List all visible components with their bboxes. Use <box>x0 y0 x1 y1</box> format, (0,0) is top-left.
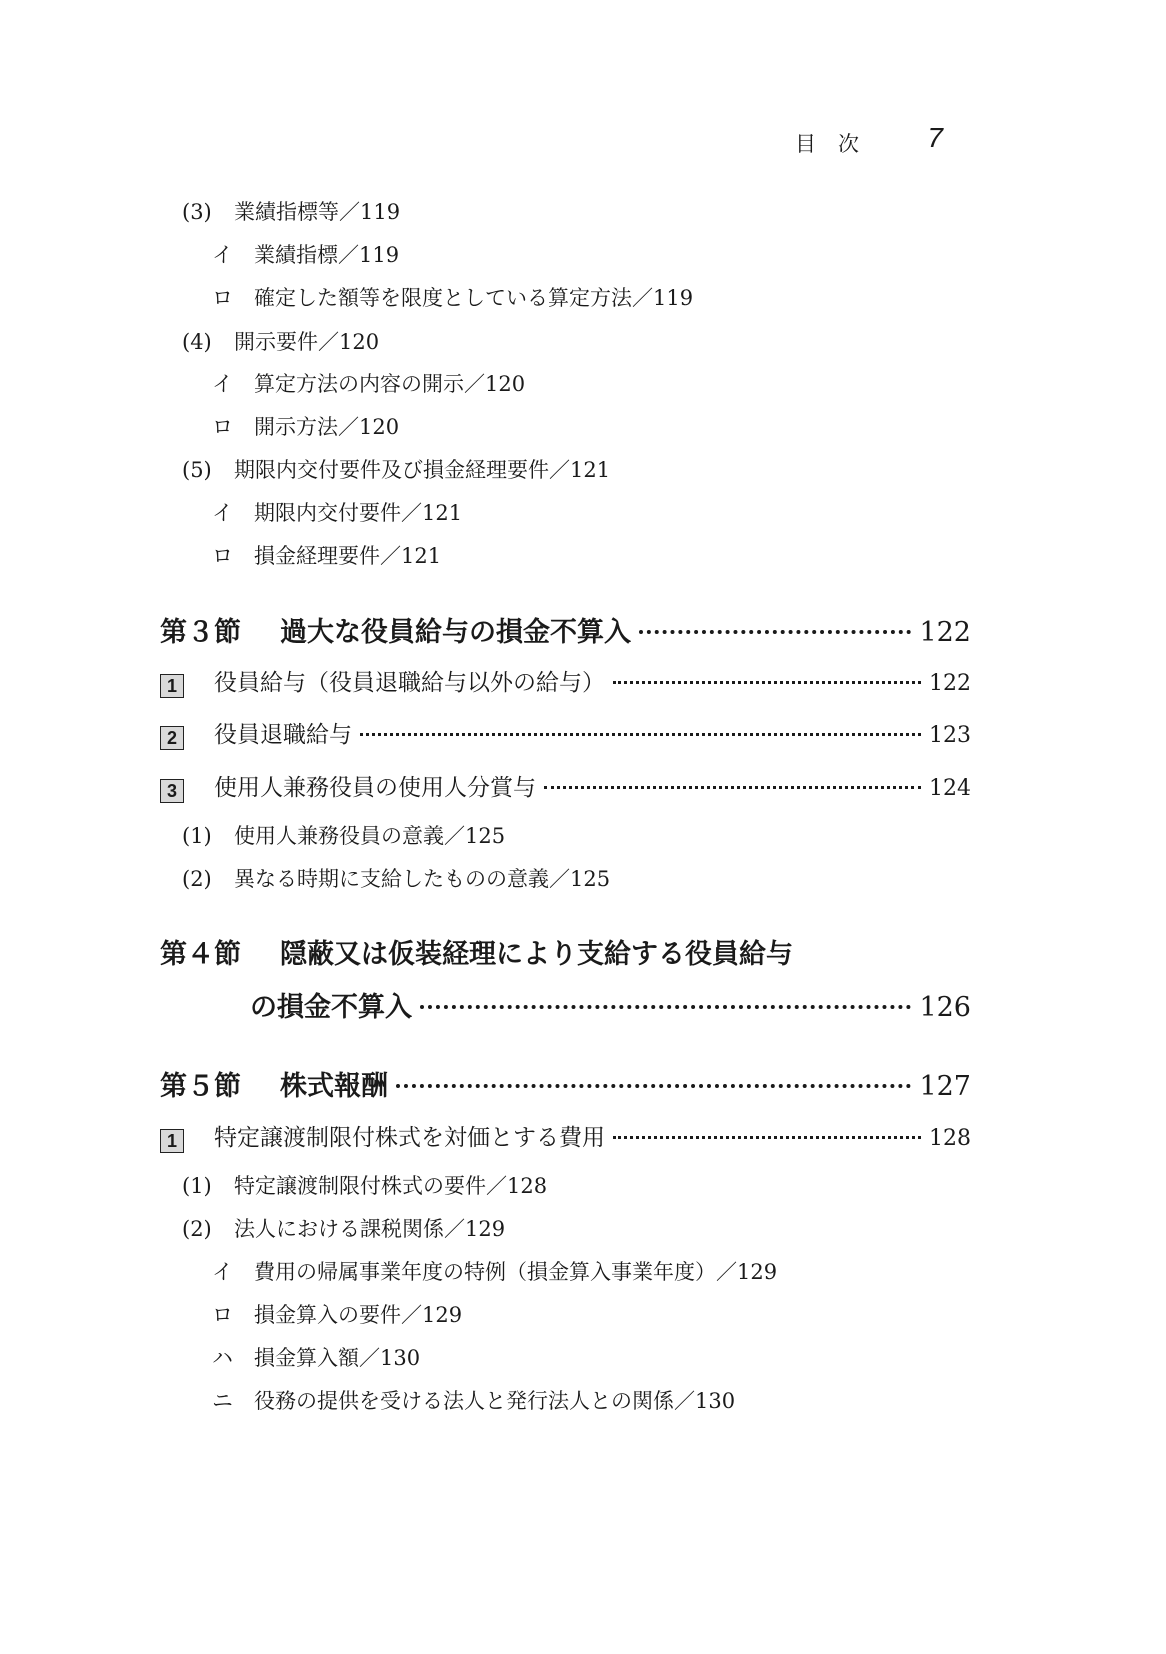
entry-text: 期限内交付要件及び損金経理要件／121 <box>234 454 610 484</box>
toc-entry[interactable]: (2) 異なる時期に支給したものの意義／125 <box>182 863 610 893</box>
entry-text: 開示方法／120 <box>254 411 399 441</box>
entry-marker: イ <box>212 1256 254 1286</box>
toc-entry[interactable]: ニ 役務の提供を受ける法人と発行法人との関係／130 <box>212 1385 735 1415</box>
entry-text: 算定方法の内容の開示／120 <box>254 368 525 398</box>
entry-marker: ハ <box>212 1342 254 1372</box>
item-number-badge: 1 <box>160 1129 184 1153</box>
entry-text: 費用の帰属事業年度の特例（損金算入事業年度）／129 <box>254 1256 777 1286</box>
toc-section[interactable]: 第５節 株式報酬 127 <box>160 1064 971 1103</box>
dot-leader <box>639 630 911 634</box>
entry-text: 損金算入額／130 <box>254 1342 420 1372</box>
item-title: 役員給与（役員退職給与以外の給与） <box>214 664 605 697</box>
entry-text: 開示要件／120 <box>234 326 379 356</box>
page-ref: 123 <box>929 723 971 748</box>
toc-entry[interactable]: (4) 開示要件／120 <box>182 326 379 356</box>
toc-item[interactable]: 1 特定譲渡制限付株式を対価とする費用 128 <box>160 1119 971 1152</box>
toc-entry[interactable]: (5) 期限内交付要件及び損金経理要件／121 <box>182 454 610 484</box>
page-ref: 126 <box>919 992 971 1023</box>
entry-text: 業績指標／119 <box>254 239 399 269</box>
running-head: 目次 7 <box>795 122 955 162</box>
page-ref: 122 <box>919 617 971 648</box>
item-title: 使用人兼務役員の使用人分賞与 <box>214 769 536 802</box>
entry-text: 特定譲渡制限付株式の要件／128 <box>234 1170 547 1200</box>
toc-item[interactable]: 1 役員給与（役員退職給与以外の給与） 122 <box>160 664 971 697</box>
toc-entry[interactable]: (1) 特定譲渡制限付株式の要件／128 <box>182 1170 547 1200</box>
section-title-line1: 隠蔽又は仮装経理により支給する役員給与 <box>280 932 793 971</box>
toc-entry[interactable]: イ 期限内交付要件／121 <box>212 497 462 527</box>
toc-section[interactable]: 第３節 過大な役員給与の損金不算入 122 <box>160 610 971 649</box>
item-number-badge: 1 <box>160 674 184 698</box>
section-title: 株式報酬 <box>280 1064 388 1103</box>
entry-text: 確定した額等を限度としている算定方法／119 <box>254 282 693 312</box>
dot-leader <box>613 1136 921 1139</box>
dot-leader <box>613 681 921 684</box>
entry-marker: (1) <box>182 1174 234 1198</box>
page-ref: 128 <box>929 1126 971 1151</box>
toc-item[interactable]: 2 役員退職給与 123 <box>160 716 971 749</box>
toc-entry[interactable]: (3) 業績指標等／119 <box>182 196 400 226</box>
section-title-line2: の損金不算入 <box>250 985 412 1024</box>
entry-marker: (3) <box>182 200 234 224</box>
section-number: 第３節 <box>160 610 280 649</box>
entry-text: 損金経理要件／121 <box>254 540 441 570</box>
entry-marker: イ <box>212 497 254 527</box>
dot-leader <box>544 786 921 789</box>
entry-text: 損金算入の要件／129 <box>254 1299 462 1329</box>
entry-marker: イ <box>212 239 254 269</box>
entry-text: 業績指標等／119 <box>234 196 400 226</box>
toc-entry[interactable]: イ 業績指標／119 <box>212 239 399 269</box>
entry-text: 異なる時期に支給したものの意義／125 <box>234 863 610 893</box>
entry-marker: (2) <box>182 1217 234 1241</box>
entry-marker: (5) <box>182 458 234 482</box>
page-number: 7 <box>927 122 943 154</box>
item-title: 役員退職給与 <box>214 716 352 749</box>
page-ref: 122 <box>929 671 971 696</box>
running-head-title: 目次 <box>795 128 881 158</box>
toc-entry[interactable]: イ 算定方法の内容の開示／120 <box>212 368 525 398</box>
dot-leader <box>396 1084 911 1088</box>
item-title: 特定譲渡制限付株式を対価とする費用 <box>214 1119 605 1152</box>
toc-entry[interactable]: ハ 損金算入額／130 <box>212 1342 420 1372</box>
entry-marker: (4) <box>182 330 234 354</box>
toc-entry[interactable]: (2) 法人における課税関係／129 <box>182 1213 505 1243</box>
toc-entry[interactable]: イ 費用の帰属事業年度の特例（損金算入事業年度）／129 <box>212 1256 777 1286</box>
entry-marker: ロ <box>212 411 254 441</box>
entry-marker: ロ <box>212 282 254 312</box>
item-number-badge: 2 <box>160 726 184 750</box>
section-title: 過大な役員給与の損金不算入 <box>280 610 631 649</box>
item-number-badge: 3 <box>160 779 184 803</box>
entry-marker: (1) <box>182 824 234 848</box>
entry-marker: ニ <box>212 1385 254 1415</box>
toc-item[interactable]: 3 使用人兼務役員の使用人分賞与 124 <box>160 769 971 802</box>
toc-section[interactable]: 第４節 隠蔽又は仮装経理により支給する役員給与 <box>160 932 971 971</box>
dot-leader <box>360 733 921 736</box>
entry-text: 役務の提供を受ける法人と発行法人との関係／130 <box>254 1385 735 1415</box>
toc-entry[interactable]: (1) 使用人兼務役員の意義／125 <box>182 820 505 850</box>
entry-text: 使用人兼務役員の意義／125 <box>234 820 505 850</box>
toc-entry[interactable]: ロ 開示方法／120 <box>212 411 399 441</box>
entry-text: 期限内交付要件／121 <box>254 497 462 527</box>
toc-entry[interactable]: ロ 確定した額等を限度としている算定方法／119 <box>212 282 693 312</box>
toc-entry[interactable]: ロ 損金経理要件／121 <box>212 540 441 570</box>
section-number: 第４節 <box>160 932 280 971</box>
dot-leader <box>420 1005 911 1009</box>
entry-marker: ロ <box>212 1299 254 1329</box>
toc-entry[interactable]: ロ 損金算入の要件／129 <box>212 1299 462 1329</box>
page-ref: 127 <box>919 1071 971 1102</box>
page-ref: 124 <box>929 776 971 801</box>
entry-text: 法人における課税関係／129 <box>234 1213 505 1243</box>
toc-section-continuation[interactable]: の損金不算入 126 <box>250 985 971 1024</box>
entry-marker: イ <box>212 368 254 398</box>
entry-marker: ロ <box>212 540 254 570</box>
section-number: 第５節 <box>160 1064 280 1103</box>
entry-marker: (2) <box>182 867 234 891</box>
